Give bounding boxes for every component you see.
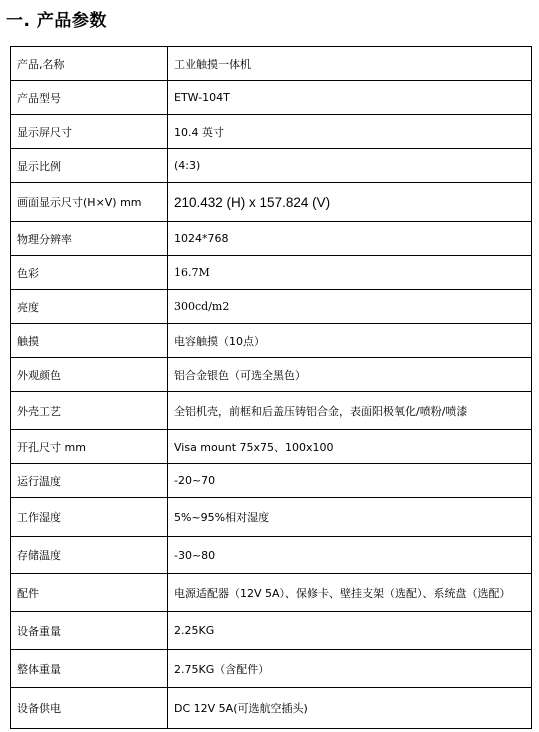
- spec-label: 整体重量: [11, 650, 168, 688]
- spec-value: 10.4 英寸: [168, 115, 532, 149]
- table-row: 开孔尺寸 mmVisa mount 75x75、100x100: [11, 430, 532, 464]
- spec-label: 画面显示尺寸(H×V) mm: [11, 183, 168, 222]
- table-row: 画面显示尺寸(H×V) mm210.432 (H) x 157.824 (V): [11, 183, 532, 222]
- table-row: 物理分辨率1024*768: [11, 222, 532, 256]
- table-row: 显示屏尺寸10.4 英寸: [11, 115, 532, 149]
- spec-label: 显示比例: [11, 149, 168, 183]
- table-row: 工作湿度5%~95%相对湿度: [11, 498, 532, 537]
- spec-label: 设备供电: [11, 688, 168, 729]
- spec-value: (4:3): [168, 149, 532, 183]
- spec-value: 电源适配器（12V 5A）、保修卡、壁挂支架（选配）、系统盘（选配）: [168, 574, 532, 612]
- spec-label: 外壳工艺: [11, 392, 168, 430]
- spec-value: 210.432 (H) x 157.824 (V): [168, 183, 532, 222]
- spec-label: 显示屏尺寸: [11, 115, 168, 149]
- spec-value: 全铝机壳，前框和后盖压铸铝合金，表面阳极氧化/喷粉/喷漆: [168, 392, 532, 430]
- spec-value: 2.75KG（含配件）: [168, 650, 532, 688]
- table-row: 显示比例(4:3): [11, 149, 532, 183]
- table-row: 设备重量2.25KG: [11, 612, 532, 650]
- spec-value: 16.7M: [168, 256, 532, 290]
- table-row: 产品,名称工业触摸一体机: [11, 47, 532, 81]
- section-title: 一. 产品参数: [6, 6, 107, 31]
- spec-value: -30~80: [168, 537, 532, 574]
- table-row: 配件电源适配器（12V 5A）、保修卡、壁挂支架（选配）、系统盘（选配）: [11, 574, 532, 612]
- table-row: 外壳工艺全铝机壳，前框和后盖压铸铝合金，表面阳极氧化/喷粉/喷漆: [11, 392, 532, 430]
- spec-table-body: 产品,名称工业触摸一体机产品型号ETW-104T显示屏尺寸10.4 英寸显示比例…: [11, 47, 532, 729]
- spec-label: 运行温度: [11, 464, 168, 498]
- spec-label: 色彩: [11, 256, 168, 290]
- spec-value: Visa mount 75x75、100x100: [168, 430, 532, 464]
- spec-label: 产品,名称: [11, 47, 168, 81]
- spec-value: 300cd/m2: [168, 290, 532, 324]
- spec-value: 2.25KG: [168, 612, 532, 650]
- table-row: 产品型号ETW-104T: [11, 81, 532, 115]
- spec-value: 1024*768: [168, 222, 532, 256]
- table-row: 设备供电DC 12V 5A(可选航空插头): [11, 688, 532, 729]
- spec-value: 5%~95%相对湿度: [168, 498, 532, 537]
- spec-label: 触摸: [11, 324, 168, 358]
- spec-label: 外观颜色: [11, 358, 168, 392]
- spec-label: 配件: [11, 574, 168, 612]
- spec-label: 亮度: [11, 290, 168, 324]
- table-row: 存储温度-30~80: [11, 537, 532, 574]
- spec-label: 产品型号: [11, 81, 168, 115]
- spec-table: 产品,名称工业触摸一体机产品型号ETW-104T显示屏尺寸10.4 英寸显示比例…: [10, 46, 532, 729]
- spec-label: 开孔尺寸 mm: [11, 430, 168, 464]
- table-row: 亮度300cd/m2: [11, 290, 532, 324]
- spec-label: 存储温度: [11, 537, 168, 574]
- table-row: 色彩16.7M: [11, 256, 532, 290]
- table-row: 触摸电容触摸（10点）: [11, 324, 532, 358]
- spec-value: 工业触摸一体机: [168, 47, 532, 81]
- spec-value: -20~70: [168, 464, 532, 498]
- spec-value: ETW-104T: [168, 81, 532, 115]
- spec-value: 铝合金银色（可选全黑色）: [168, 358, 532, 392]
- table-row: 外观颜色铝合金银色（可选全黑色）: [11, 358, 532, 392]
- spec-value: DC 12V 5A(可选航空插头): [168, 688, 532, 729]
- spec-label: 物理分辨率: [11, 222, 168, 256]
- table-row: 整体重量2.75KG（含配件）: [11, 650, 532, 688]
- spec-value: 电容触摸（10点）: [168, 324, 532, 358]
- table-row: 运行温度-20~70: [11, 464, 532, 498]
- spec-label: 设备重量: [11, 612, 168, 650]
- spec-label: 工作湿度: [11, 498, 168, 537]
